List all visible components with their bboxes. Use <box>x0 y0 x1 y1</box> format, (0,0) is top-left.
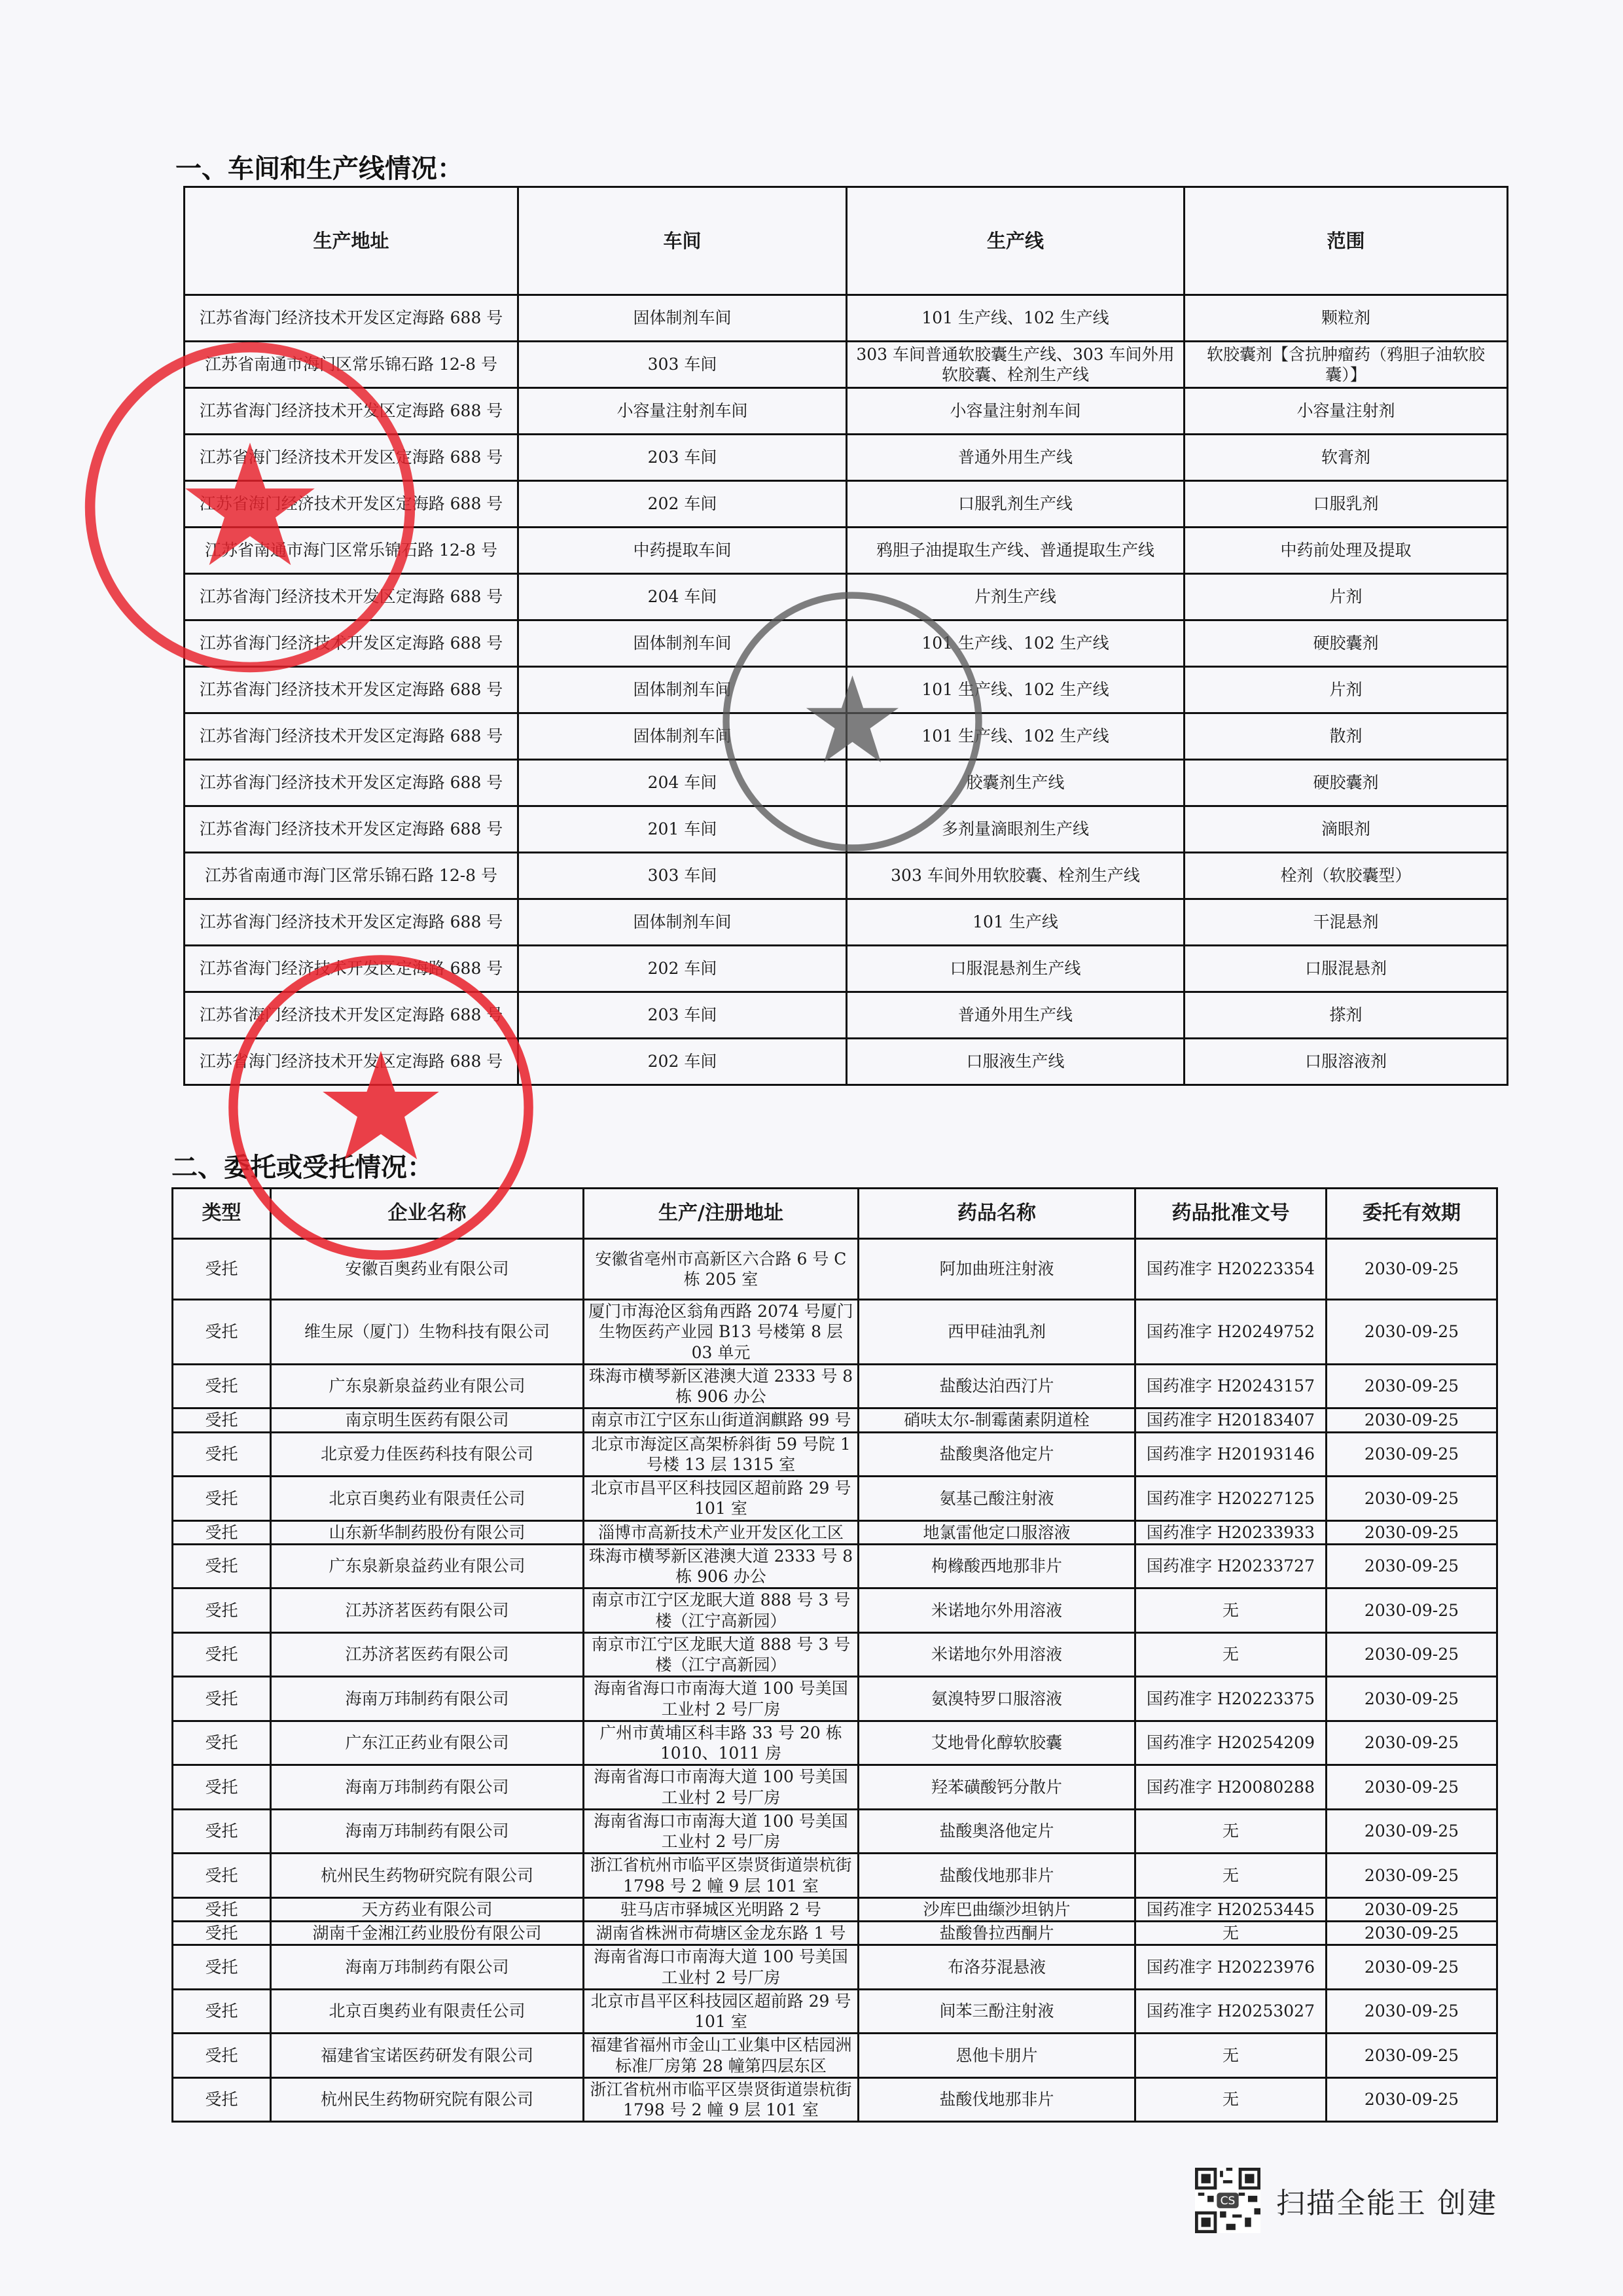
cell-workshop: 202 车间 <box>518 1039 847 1085</box>
cell-company: 海南万玮制药有限公司 <box>271 1765 584 1810</box>
table-row: 江苏省海门经济技术开发区定海路 688 号固体制剂车间101 生产线、102 生… <box>185 620 1508 667</box>
cell-address: 江苏省海门经济技术开发区定海路 688 号 <box>185 620 518 667</box>
table-row: 江苏省海门经济技术开发区定海路 688 号固体制剂车间101 生产线、102 生… <box>185 667 1508 713</box>
cell-workshop: 固体制剂车间 <box>518 713 847 760</box>
cell-company: 天方药业有限公司 <box>271 1897 584 1921</box>
cell-type: 受托 <box>173 1632 271 1677</box>
cell-address: 驻马店市驿城区光明路 2 号 <box>584 1897 859 1921</box>
table-header-row: 生产地址 车间 生产线 范围 <box>185 187 1508 295</box>
cell-type: 受托 <box>173 1520 271 1544</box>
cell-scope: 中药前处理及提取 <box>1185 528 1508 574</box>
cell-address: 江苏省海门经济技术开发区定海路 688 号 <box>185 295 518 342</box>
cell-workshop: 203 车间 <box>518 435 847 481</box>
cell-validity: 2030-09-25 <box>1327 1677 1497 1721</box>
cell-approval-number: 国药准字 H20254209 <box>1135 1721 1327 1765</box>
cell-address: 江苏省海门经济技术开发区定海路 688 号 <box>185 806 518 853</box>
cell-company: 江苏济茗医药有限公司 <box>271 1632 584 1677</box>
cell-company: 广东泉新泉益药业有限公司 <box>271 1544 584 1588</box>
header-address: 生产/注册地址 <box>584 1189 859 1239</box>
cell-approval-number: 国药准字 H20249752 <box>1135 1300 1327 1365</box>
cell-scope: 散剂 <box>1185 713 1508 760</box>
cell-workshop: 204 车间 <box>518 760 847 806</box>
cell-approval-number: 无 <box>1135 1588 1327 1633</box>
cell-drug-name: 盐酸奥洛他定片 <box>859 1809 1135 1854</box>
cell-address: 江苏省海门经济技术开发区定海路 688 号 <box>185 481 518 528</box>
header-company: 企业名称 <box>271 1189 584 1239</box>
cell-scope: 干混悬剂 <box>1185 899 1508 946</box>
cell-type: 受托 <box>173 1809 271 1854</box>
cell-workshop: 固体制剂车间 <box>518 295 847 342</box>
cell-address: 江苏省海门经济技术开发区定海路 688 号 <box>185 1039 518 1085</box>
cell-company: 海南万玮制药有限公司 <box>271 1677 584 1721</box>
cell-type: 受托 <box>173 1408 271 1432</box>
cell-address: 北京市昌平区科技园区超前路 29 号 101 室 <box>584 1989 859 2034</box>
cell-approval-number: 国药准字 H20223976 <box>1135 1945 1327 1990</box>
cell-address: 安徽省亳州市高新区六合路 6 号 C 栋 205 室 <box>584 1239 859 1300</box>
table-row: 江苏省海门经济技术开发区定海路 688 号固体制剂车间101 生产线、102 生… <box>185 295 1508 342</box>
table-row: 受托山东新华制药股份有限公司淄博市高新技术产业开发区化工区地氯雷他定口服溶液国药… <box>173 1520 1497 1544</box>
cell-company: 维生尿（厦门）生物科技有限公司 <box>271 1300 584 1365</box>
cell-address: 海南省海口市南海大道 100 号美国工业村 2 号厂房 <box>584 1765 859 1810</box>
cell-production-line: 普通外用生产线 <box>847 992 1185 1039</box>
table-row: 江苏省海门经济技术开发区定海路 688 号固体制剂车间101 生产线、102 生… <box>185 713 1508 760</box>
cell-production-line: 片剂生产线 <box>847 574 1185 620</box>
cell-validity: 2030-09-25 <box>1327 1989 1497 2034</box>
table-row: 江苏省海门经济技术开发区定海路 688 号202 车间口服液生产线口服溶液剂 <box>185 1039 1508 1085</box>
cell-address: 广州市黄埔区科丰路 33 号 20 栋 1010、1011 房 <box>584 1721 859 1765</box>
cell-drug-name: 米诺地尔外用溶液 <box>859 1632 1135 1677</box>
cell-validity: 2030-09-25 <box>1327 1239 1497 1300</box>
cell-workshop: 固体制剂车间 <box>518 620 847 667</box>
cell-company: 安徽百奥药业有限公司 <box>271 1239 584 1300</box>
cell-validity: 2030-09-25 <box>1327 1809 1497 1854</box>
cell-validity: 2030-09-25 <box>1327 2034 1497 2078</box>
cell-workshop: 202 车间 <box>518 946 847 992</box>
cell-drug-name: 西甲硅油乳剂 <box>859 1300 1135 1365</box>
header-drug-name: 药品名称 <box>859 1189 1135 1239</box>
cell-scope: 口服混悬剂 <box>1185 946 1508 992</box>
cell-production-line: 小容量注射剂车间 <box>847 388 1185 435</box>
section-1-title: 一、车间和生产线情况： <box>175 148 463 185</box>
cell-workshop: 中药提取车间 <box>518 528 847 574</box>
cell-production-line: 口服液生产线 <box>847 1039 1185 1085</box>
cell-approval-number: 国药准字 H20233933 <box>1135 1520 1327 1544</box>
cell-company: 北京百奥药业有限责任公司 <box>271 1477 584 1521</box>
cell-scope: 片剂 <box>1185 667 1508 713</box>
cell-approval-number: 无 <box>1135 1632 1327 1677</box>
cell-workshop: 201 车间 <box>518 806 847 853</box>
cell-drug-name: 间苯三酚注射液 <box>859 1989 1135 2034</box>
cell-scope: 滴眼剂 <box>1185 806 1508 853</box>
table-row: 受托广东泉新泉益药业有限公司珠海市横琴新区港澳大道 2333 号 8 栋 906… <box>173 1544 1497 1588</box>
cell-address: 江苏省南通市海门区常乐锦石路 12-8 号 <box>185 342 518 388</box>
cell-company: 广东泉新泉益药业有限公司 <box>271 1364 584 1408</box>
table-row: 江苏省海门经济技术开发区定海路 688 号202 车间口服混悬剂生产线口服混悬剂 <box>185 946 1508 992</box>
cell-workshop: 小容量注射剂车间 <box>518 388 847 435</box>
cell-company: 北京百奥药业有限责任公司 <box>271 1989 584 2034</box>
cell-validity: 2030-09-25 <box>1327 1544 1497 1588</box>
cell-type: 受托 <box>173 1765 271 1810</box>
cell-validity: 2030-09-25 <box>1327 1854 1497 1898</box>
cell-type: 受托 <box>173 2034 271 2078</box>
cell-approval-number: 无 <box>1135 1854 1327 1898</box>
cell-type: 受托 <box>173 1677 271 1721</box>
scanner-watermark: CS 扫描全能王 创建 <box>1195 2168 1497 2233</box>
table-row: 受托北京爱力佳医药科技有限公司北京市海淀区高架桥斜街 59 号院 1 号楼 13… <box>173 1432 1497 1477</box>
cell-address: 海南省海口市南海大道 100 号美国工业村 2 号厂房 <box>584 1677 859 1721</box>
cell-address: 南京市江宁区龙眠大道 888 号 3 号楼（江宁高新园） <box>584 1632 859 1677</box>
cell-company: 海南万玮制药有限公司 <box>271 1809 584 1854</box>
cell-address: 江苏省海门经济技术开发区定海路 688 号 <box>185 667 518 713</box>
cell-type: 受托 <box>173 1364 271 1408</box>
cell-drug-name: 硝呋太尔-制霉菌素阴道栓 <box>859 1408 1135 1432</box>
cell-approval-number: 无 <box>1135 1922 1327 1945</box>
cell-workshop: 303 车间 <box>518 853 847 899</box>
cell-validity: 2030-09-25 <box>1327 1477 1497 1521</box>
table-row: 江苏省南通市海门区常乐锦石路 12-8 号303 车间303 车间外用软胶囊、栓… <box>185 853 1508 899</box>
cell-drug-name: 米诺地尔外用溶液 <box>859 1588 1135 1633</box>
cell-workshop: 303 车间 <box>518 342 847 388</box>
cell-type: 受托 <box>173 1721 271 1765</box>
cell-scope: 颗粒剂 <box>1185 295 1508 342</box>
table-row: 江苏省海门经济技术开发区定海路 688 号固体制剂车间101 生产线干混悬剂 <box>185 899 1508 946</box>
cell-production-line: 101 生产线、102 生产线 <box>847 295 1185 342</box>
cell-address: 海南省海口市南海大道 100 号美国工业村 2 号厂房 <box>584 1809 859 1854</box>
table-row: 受托杭州民生药物研究院有限公司浙江省杭州市临平区崇贤街道崇杭街 1798 号 2… <box>173 1854 1497 1898</box>
cell-company: 湖南千金湘江药业股份有限公司 <box>271 1922 584 1945</box>
cell-address: 江苏省海门经济技术开发区定海路 688 号 <box>185 574 518 620</box>
cell-type: 受托 <box>173 1897 271 1921</box>
cell-address: 江苏省海门经济技术开发区定海路 688 号 <box>185 992 518 1039</box>
cell-address: 海南省海口市南海大道 100 号美国工业村 2 号厂房 <box>584 1945 859 1990</box>
table-row: 受托福建省宝诺医药研发有限公司福建省福州市金山工业集中区桔园洲标准厂房第 28 … <box>173 2034 1497 2078</box>
entrustment-table: 类型 企业名称 生产/注册地址 药品名称 药品批准文号 委托有效期 受托安徽百奥… <box>171 1187 1498 2123</box>
cell-company: 杭州民生药物研究院有限公司 <box>271 1854 584 1898</box>
qr-code-icon: CS <box>1195 2168 1260 2233</box>
cell-type: 受托 <box>173 2077 271 2122</box>
cell-drug-name: 氨溴特罗口服溶液 <box>859 1677 1135 1721</box>
cell-address: 南京市江宁区东山街道润麒路 99 号 <box>584 1408 859 1432</box>
cell-scope: 口服溶液剂 <box>1185 1039 1508 1085</box>
cell-type: 受托 <box>173 1989 271 2034</box>
cell-drug-name: 布洛芬混悬液 <box>859 1945 1135 1990</box>
cell-production-line: 101 生产线、102 生产线 <box>847 667 1185 713</box>
cell-type: 受托 <box>173 1239 271 1300</box>
cell-company: 福建省宝诺医药研发有限公司 <box>271 2034 584 2078</box>
header-type: 类型 <box>173 1189 271 1239</box>
cell-address: 珠海市横琴新区港澳大道 2333 号 8 栋 906 办公 <box>584 1544 859 1588</box>
cell-approval-number: 国药准字 H20243157 <box>1135 1364 1327 1408</box>
table-row: 江苏省海门经济技术开发区定海路 688 号201 车间多剂量滴眼剂生产线滴眼剂 <box>185 806 1508 853</box>
cell-scope: 软膏剂 <box>1185 435 1508 481</box>
cell-validity: 2030-09-25 <box>1327 1432 1497 1477</box>
cell-validity: 2030-09-25 <box>1327 1588 1497 1633</box>
table-row: 受托维生尿（厦门）生物科技有限公司厦门市海沧区翁角西路 2074 号厦门生物医药… <box>173 1300 1497 1365</box>
cell-approval-number: 无 <box>1135 2077 1327 2122</box>
cell-workshop: 204 车间 <box>518 574 847 620</box>
header-validity: 委托有效期 <box>1327 1189 1497 1239</box>
cell-address: 福建省福州市金山工业集中区桔园洲标准厂房第 28 幢第四层东区 <box>584 2034 859 2078</box>
cell-validity: 2030-09-25 <box>1327 1765 1497 1810</box>
header-approval-number: 药品批准文号 <box>1135 1189 1327 1239</box>
header-production-line: 生产线 <box>847 187 1185 295</box>
table-row: 受托北京百奥药业有限责任公司北京市昌平区科技园区超前路 29 号 101 室氨基… <box>173 1477 1497 1521</box>
cell-approval-number: 国药准字 H20193146 <box>1135 1432 1327 1477</box>
cell-address: 淄博市高新技术产业开发区化工区 <box>584 1520 859 1544</box>
cell-validity: 2030-09-25 <box>1327 1721 1497 1765</box>
cell-workshop: 203 车间 <box>518 992 847 1039</box>
svg-text:CS: CS <box>1221 2195 1236 2208</box>
cell-production-line: 101 生产线、102 生产线 <box>847 713 1185 760</box>
cell-address: 珠海市横琴新区港澳大道 2333 号 8 栋 906 办公 <box>584 1364 859 1408</box>
header-scope: 范围 <box>1185 187 1508 295</box>
table-row: 受托江苏济茗医药有限公司南京市江宁区龙眠大道 888 号 3 号楼（江宁高新园）… <box>173 1632 1497 1677</box>
table-row: 受托海南万玮制药有限公司海南省海口市南海大道 100 号美国工业村 2 号厂房羟… <box>173 1765 1497 1810</box>
cell-company: 杭州民生药物研究院有限公司 <box>271 2077 584 2122</box>
cell-address: 湖南省株洲市荷塘区金龙东路 1 号 <box>584 1922 859 1945</box>
table-row: 受托安徽百奥药业有限公司安徽省亳州市高新区六合路 6 号 C 栋 205 室阿加… <box>173 1239 1497 1300</box>
cell-validity: 2030-09-25 <box>1327 1632 1497 1677</box>
cell-address: 浙江省杭州市临平区崇贤街道崇杭街 1798 号 2 幢 9 层 101 室 <box>584 1854 859 1898</box>
cell-scope: 软胶囊剂【含抗肿瘤药（鸦胆子油软胶囊）】 <box>1185 342 1508 388</box>
cell-scope: 搽剂 <box>1185 992 1508 1039</box>
cell-approval-number: 国药准字 H20223375 <box>1135 1677 1327 1721</box>
cell-validity: 2030-09-25 <box>1327 1922 1497 1945</box>
cell-validity: 2030-09-25 <box>1327 1408 1497 1432</box>
cell-drug-name: 盐酸达泊西汀片 <box>859 1364 1135 1408</box>
cell-drug-name: 阿加曲班注射液 <box>859 1239 1135 1300</box>
cell-validity: 2030-09-25 <box>1327 1520 1497 1544</box>
cell-production-line: 多剂量滴眼剂生产线 <box>847 806 1185 853</box>
cell-address: 厦门市海沧区翁角西路 2074 号厦门生物医药产业园 B13 号楼第 8 层 0… <box>584 1300 859 1365</box>
table-row: 受托海南万玮制药有限公司海南省海口市南海大道 100 号美国工业村 2 号厂房盐… <box>173 1809 1497 1854</box>
cell-type: 受托 <box>173 1922 271 1945</box>
cell-address: 南京市江宁区龙眠大道 888 号 3 号楼（江宁高新园） <box>584 1588 859 1633</box>
cell-drug-name: 盐酸鲁拉西酮片 <box>859 1922 1135 1945</box>
section-2-title: 二、委托或受托情况： <box>171 1147 433 1184</box>
cell-drug-name: 艾地骨化醇软胶囊 <box>859 1721 1135 1765</box>
cell-type: 受托 <box>173 1854 271 1898</box>
cell-address: 江苏省海门经济技术开发区定海路 688 号 <box>185 899 518 946</box>
cell-address: 江苏省海门经济技术开发区定海路 688 号 <box>185 388 518 435</box>
cell-address: 江苏省南通市海门区常乐锦石路 12-8 号 <box>185 528 518 574</box>
cell-production-line: 101 生产线 <box>847 899 1185 946</box>
cell-validity: 2030-09-25 <box>1327 1300 1497 1365</box>
table-row: 江苏省南通市海门区常乐锦石路 12-8 号303 车间303 车间普通软胶囊生产… <box>185 342 1508 388</box>
cell-validity: 2030-09-25 <box>1327 1364 1497 1408</box>
table-row: 江苏省海门经济技术开发区定海路 688 号204 车间胶囊剂生产线硬胶囊剂 <box>185 760 1508 806</box>
cell-type: 受托 <box>173 1477 271 1521</box>
cell-scope: 片剂 <box>1185 574 1508 620</box>
cell-type: 受托 <box>173 1588 271 1633</box>
table-header-row: 类型 企业名称 生产/注册地址 药品名称 药品批准文号 委托有效期 <box>173 1189 1497 1239</box>
header-workshop: 车间 <box>518 187 847 295</box>
cell-drug-name: 盐酸奥洛他定片 <box>859 1432 1135 1477</box>
cell-approval-number: 国药准字 H20227125 <box>1135 1477 1327 1521</box>
cell-approval-number: 国药准字 H20223354 <box>1135 1239 1327 1300</box>
cell-approval-number: 无 <box>1135 2034 1327 2078</box>
cell-production-line: 口服乳剂生产线 <box>847 481 1185 528</box>
cell-drug-name: 枸橼酸西地那非片 <box>859 1544 1135 1588</box>
cell-type: 受托 <box>173 1432 271 1477</box>
cell-approval-number: 国药准字 H20080288 <box>1135 1765 1327 1810</box>
cell-type: 受托 <box>173 1544 271 1588</box>
cell-production-line: 101 生产线、102 生产线 <box>847 620 1185 667</box>
cell-workshop: 固体制剂车间 <box>518 667 847 713</box>
header-address: 生产地址 <box>185 187 518 295</box>
cell-drug-name: 沙库巴曲缬沙坦钠片 <box>859 1897 1135 1921</box>
cell-address: 北京市海淀区高架桥斜街 59 号院 1 号楼 13 层 1315 室 <box>584 1432 859 1477</box>
scanner-credit-text: 扫描全能王 创建 <box>1276 2179 1497 2221</box>
cell-approval-number: 无 <box>1135 1809 1327 1854</box>
cell-company: 北京爱力佳医药科技有限公司 <box>271 1432 584 1477</box>
cell-workshop: 202 车间 <box>518 481 847 528</box>
cell-scope: 硬胶囊剂 <box>1185 760 1508 806</box>
table-row: 江苏省海门经济技术开发区定海路 688 号203 车间普通外用生产线软膏剂 <box>185 435 1508 481</box>
cell-address: 江苏省海门经济技术开发区定海路 688 号 <box>185 946 518 992</box>
cell-address: 江苏省海门经济技术开发区定海路 688 号 <box>185 713 518 760</box>
cell-address: 江苏省海门经济技术开发区定海路 688 号 <box>185 435 518 481</box>
cell-type: 受托 <box>173 1300 271 1365</box>
table-row: 受托海南万玮制药有限公司海南省海口市南海大道 100 号美国工业村 2 号厂房氨… <box>173 1677 1497 1721</box>
cell-approval-number: 国药准字 H20253027 <box>1135 1989 1327 2034</box>
table-row: 江苏省南通市海门区常乐锦石路 12-8 号中药提取车间鸦胆子油提取生产线、普通提… <box>185 528 1508 574</box>
cell-validity: 2030-09-25 <box>1327 2077 1497 2122</box>
cell-address: 浙江省杭州市临平区崇贤街道崇杭街 1798 号 2 幢 9 层 101 室 <box>584 2077 859 2122</box>
table-row: 受托江苏济茗医药有限公司南京市江宁区龙眠大道 888 号 3 号楼（江宁高新园）… <box>173 1588 1497 1633</box>
table-row: 受托广东泉新泉益药业有限公司珠海市横琴新区港澳大道 2333 号 8 栋 906… <box>173 1364 1497 1408</box>
cell-address: 江苏省海门经济技术开发区定海路 688 号 <box>185 760 518 806</box>
table-row: 受托广东江正药业有限公司广州市黄埔区科丰路 33 号 20 栋 1010、101… <box>173 1721 1497 1765</box>
table-row: 受托海南万玮制药有限公司海南省海口市南海大道 100 号美国工业村 2 号厂房布… <box>173 1945 1497 1990</box>
cell-drug-name: 地氯雷他定口服溶液 <box>859 1520 1135 1544</box>
cell-drug-name: 盐酸伐地那非片 <box>859 1854 1135 1898</box>
table-row: 受托南京明生医药有限公司南京市江宁区东山街道润麒路 99 号硝呋太尔-制霉菌素阴… <box>173 1408 1497 1432</box>
cell-production-line: 胶囊剂生产线 <box>847 760 1185 806</box>
workshop-production-line-table: 生产地址 车间 生产线 范围 江苏省海门经济技术开发区定海路 688 号固体制剂… <box>183 186 1508 1086</box>
cell-scope: 口服乳剂 <box>1185 481 1508 528</box>
cell-scope: 栓剂（软胶囊型） <box>1185 853 1508 899</box>
cell-scope: 硬胶囊剂 <box>1185 620 1508 667</box>
cell-drug-name: 氨基己酸注射液 <box>859 1477 1135 1521</box>
table-row: 江苏省海门经济技术开发区定海路 688 号小容量注射剂车间小容量注射剂车间小容量… <box>185 388 1508 435</box>
cell-validity: 2030-09-25 <box>1327 1945 1497 1990</box>
cell-scope: 小容量注射剂 <box>1185 388 1508 435</box>
cell-company: 广东江正药业有限公司 <box>271 1721 584 1765</box>
cell-company: 江苏济茗医药有限公司 <box>271 1588 584 1633</box>
cell-validity: 2030-09-25 <box>1327 1897 1497 1921</box>
cell-production-line: 303 车间外用软胶囊、栓剂生产线 <box>847 853 1185 899</box>
cell-address: 江苏省南通市海门区常乐锦石路 12-8 号 <box>185 853 518 899</box>
table-row: 江苏省海门经济技术开发区定海路 688 号203 车间普通外用生产线搽剂 <box>185 992 1508 1039</box>
cell-company: 山东新华制药股份有限公司 <box>271 1520 584 1544</box>
table-row: 受托北京百奥药业有限责任公司北京市昌平区科技园区超前路 29 号 101 室间苯… <box>173 1989 1497 2034</box>
cell-approval-number: 国药准字 H20183407 <box>1135 1408 1327 1432</box>
cell-production-line: 303 车间普通软胶囊生产线、303 车间外用软胶囊、栓剂生产线 <box>847 342 1185 388</box>
cell-drug-name: 恩他卡朋片 <box>859 2034 1135 2078</box>
cell-company: 南京明生医药有限公司 <box>271 1408 584 1432</box>
table-row: 受托杭州民生药物研究院有限公司浙江省杭州市临平区崇贤街道崇杭街 1798 号 2… <box>173 2077 1497 2122</box>
table-row: 受托湖南千金湘江药业股份有限公司湖南省株洲市荷塘区金龙东路 1 号盐酸鲁拉西酮片… <box>173 1922 1497 1945</box>
cell-drug-name: 羟苯磺酸钙分散片 <box>859 1765 1135 1810</box>
cell-production-line: 鸦胆子油提取生产线、普通提取生产线 <box>847 528 1185 574</box>
cell-production-line: 普通外用生产线 <box>847 435 1185 481</box>
cell-approval-number: 国药准字 H20253445 <box>1135 1897 1327 1921</box>
cell-workshop: 固体制剂车间 <box>518 899 847 946</box>
cell-drug-name: 盐酸伐地那非片 <box>859 2077 1135 2122</box>
cell-type: 受托 <box>173 1945 271 1990</box>
table-row: 江苏省海门经济技术开发区定海路 688 号202 车间口服乳剂生产线口服乳剂 <box>185 481 1508 528</box>
cell-address: 北京市昌平区科技园区超前路 29 号 101 室 <box>584 1477 859 1521</box>
table-row: 受托天方药业有限公司驻马店市驿城区光明路 2 号沙库巴曲缬沙坦钠片国药准字 H2… <box>173 1897 1497 1921</box>
cell-approval-number: 国药准字 H20233727 <box>1135 1544 1327 1588</box>
cell-production-line: 口服混悬剂生产线 <box>847 946 1185 992</box>
table-row: 江苏省海门经济技术开发区定海路 688 号204 车间片剂生产线片剂 <box>185 574 1508 620</box>
cell-company: 海南万玮制药有限公司 <box>271 1945 584 1990</box>
